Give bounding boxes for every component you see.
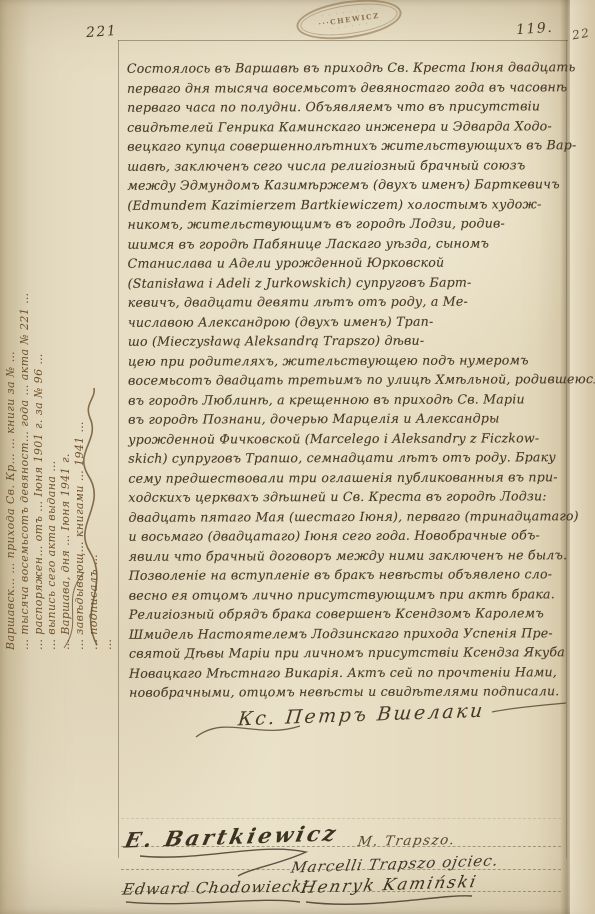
body-text-line: Шмидель Настоятелемъ Лодзинскаго прихода… [129, 623, 565, 644]
margin-note-line: … тысяча восемьсотъ девяност… года … акт… [18, 8, 32, 650]
body-text-line: никомъ, жительствующимъ въ городѣ Лодзи,… [127, 213, 563, 234]
body-text-line: Позволеніе на вступленіе въ бракъ невѣст… [129, 564, 565, 585]
body-text-line: кевичъ, двадцати девяти лѣтъ отъ роду, а… [128, 291, 564, 312]
body-text-line: новобрачными, отцомъ невѣсты и свидѣтеля… [129, 681, 565, 702]
body-text-line: вецкаго купца совершеннолѣтнихъ жительст… [127, 135, 563, 156]
frame-rule-top [118, 40, 568, 41]
registrar-signature: Кс. Петръ Вшелаки [237, 700, 486, 731]
signature-rule-line [121, 818, 561, 819]
margin-note-line: … распоряжен… отъ … Іюня 1901 г. за № 96… [32, 8, 46, 650]
body-text-line: Новацкаго Мѣстнаго Викарія. Актъ сей по … [129, 662, 565, 683]
body-text-line: перваго часа по полудни. Объявляемъ что … [127, 96, 563, 117]
body-text-line: Состоялось въ Варшавѣ въ приходѣ Св. Кре… [127, 57, 563, 78]
page-number-right: 119. [515, 20, 553, 39]
body-text-line: Станислава и Адели урожденной Юрковской [128, 252, 564, 273]
body-text-line: (Stanisława i Adeli z Jurkowskich) супру… [128, 272, 564, 293]
body-text-line: перваго дня тысяча восемьсотъ девяностаг… [127, 77, 563, 98]
margin-note-line: Варшавск… … прихода Св. Кр… … книги за №… [4, 8, 18, 650]
margin-note-line: … подписалъ … [87, 8, 101, 650]
body-text-line: двадцать пятаго Мая (шестаго Іюня), перв… [128, 506, 564, 527]
body-text-line: въ городѣ Люблинѣ, а крещенною въ приход… [128, 389, 564, 410]
body-text-line: восемьсотъ двадцать третьимъ по улицѣ Хм… [128, 369, 564, 390]
body-text-line: шавѣ, заключенъ сего числа религіозный б… [127, 155, 563, 176]
margin-annotation: Варшавск… … прихода Св. Кр… … книги за №… [4, 8, 116, 650]
body-text-line: урожденной Фичковской (Marcelego i Aleks… [128, 428, 564, 449]
stamp-text-middle: ···CHEWICZ [318, 11, 380, 28]
margin-note-line: … выпись сего акта выдана … [45, 8, 59, 650]
body-text-line: цею при родителяхъ, жительствующею подъ … [128, 350, 564, 371]
body-text-line: и восьмаго (двадцатаго) Іюня сего года. … [129, 525, 565, 546]
margin-note-line: … Варшава, дня … Іюня 1941 г. [59, 8, 73, 650]
frame-rule-left [118, 40, 119, 858]
body-text-line: skich) супруговъ Трапшо, семнадцати лѣтъ… [128, 447, 564, 468]
body-text-line: святой Дѣвы Маріи при личномъ присутстві… [129, 642, 565, 663]
stamp-text-bottom: · · · · · · [330, 21, 370, 32]
body-text-line: весно ея отцомъ лично присутствующимъ пр… [129, 584, 565, 605]
body-text-line: въ городѣ Познани, дочерью Марцелія и Ал… [128, 408, 564, 429]
body-text-line: Религіозный обрядъ брака совершенъ Ксенд… [129, 603, 565, 624]
body-text-line: шимся въ городѣ Пабянице Ласкаго уѣзда, … [127, 233, 563, 254]
body-text-line: числавою Александрою (двухъ именъ) Трап- [128, 311, 564, 332]
witness-signature-kaminski: Henryk Kamiński [299, 872, 479, 897]
body-text-line: сему предшествовали три оглашенія публик… [128, 467, 564, 488]
body-text-line: свидѣтелей Генрика Каминскаго инженера и… [127, 116, 563, 137]
margin-note-line: … [101, 8, 115, 650]
stamp-text-top: · · · · · · · · [321, 6, 375, 19]
frame-rule-right [566, 40, 567, 858]
body-text-line: между Эдмундомъ Казимѣржемъ (двухъ именъ… [127, 174, 563, 195]
groom-signature: E. Bartkiewicz [122, 820, 340, 852]
body-text-line: шо (Mieczysławą Aleksandrą Trapszo) дѣви… [128, 330, 564, 351]
body-text-line: (Edmundem Kazimierzem Bartkiewiczem) хол… [127, 194, 563, 215]
bride-signature: M. Trapszo. [357, 832, 457, 850]
margin-note-line: … завѣдывающ… книгами … 1941 … [73, 8, 87, 650]
body-text-line: ходскихъ церквахъ здѣшней и Св. Креста в… [128, 486, 564, 507]
act-body-text: Состоялось въ Варшавѣ въ приходѣ Св. Кре… [127, 57, 565, 702]
witness-signature-chodowiecki: Edward Chodowiecki [121, 877, 309, 898]
registry-act-page: 221 119. 22 · · · · · · · · ···CHEWICZ ·… [0, 0, 595, 914]
body-text-line: явили что брачный договоръ между ними за… [129, 545, 565, 566]
oval-ink-stamp: · · · · · · · · ···CHEWICZ · · · · · · [294, 0, 404, 45]
